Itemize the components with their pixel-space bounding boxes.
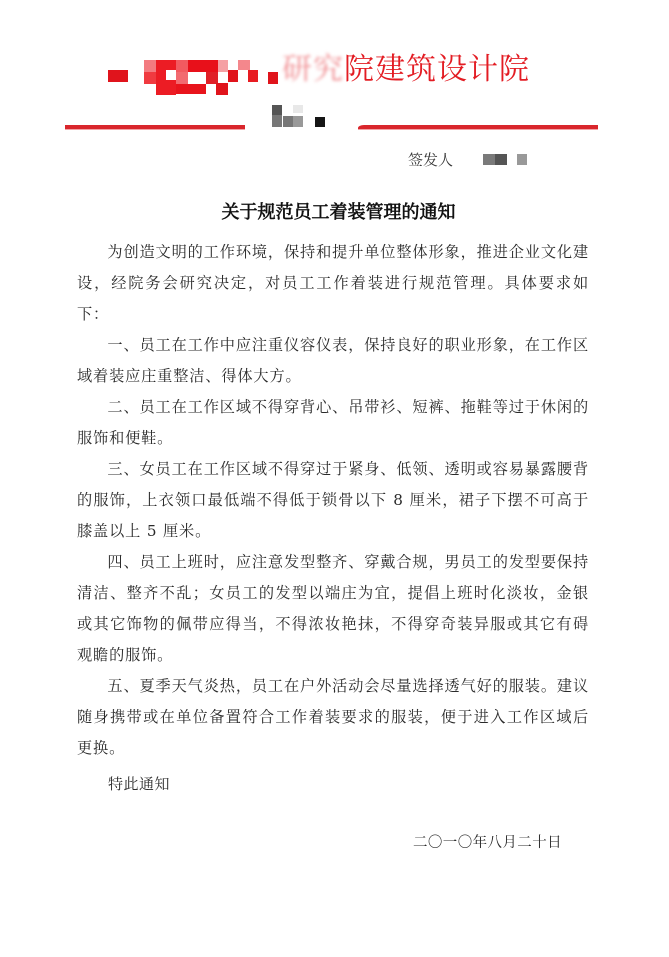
clause-3-paragraph: 三、女员工在工作区域不得穿过于紧身、低领、透明或容易暴露腰背的服饰，上衣领口最低… [77, 454, 589, 547]
redacted-signer-name-mosaic [483, 154, 533, 166]
clause-5-paragraph: 五、夏季天气炎热，员工在户外活动会尽量选择透气好的服装。建议随身携带或在单位备置… [77, 671, 589, 764]
document-title: 关于规范员工着装管理的通知 [0, 200, 669, 226]
clause-1-paragraph: 一、员工在工作中应注重仪容仪表，保持良好的职业形象，在工作区域着装应庄重整洁、得… [77, 330, 589, 392]
org-name-partial-prefix: 研究 [282, 52, 344, 87]
letterhead-rule-left [65, 125, 245, 129]
closing-text: 特此通知 [108, 772, 170, 796]
redacted-doc-number-mosaic [255, 105, 335, 131]
letterhead-rule-right [358, 125, 598, 129]
intro-paragraph: 为创造文明的工作环境，保持和提升单位整体形象，推进企业文化建设，经院务会研究决定… [77, 237, 589, 330]
document-date: 二〇一〇年八月二十日 [413, 831, 562, 855]
document-body: 为创造文明的工作环境，保持和提升单位整体形象，推进企业文化建设，经院务会研究决定… [77, 237, 589, 764]
signer-label: 签发人 [408, 150, 453, 170]
redacted-org-name-mosaic [108, 57, 293, 97]
clause-2-paragraph: 二、员工在工作区域不得穿背心、吊带衫、短裤、拖鞋等过于休闲的服饰和便鞋。 [77, 392, 589, 454]
org-name: 研究院建筑设计院 [282, 50, 530, 90]
org-name-suffix: 院建筑设计院 [344, 52, 530, 87]
clause-4-paragraph: 四、员工上班时，应注意发型整齐、穿戴合规，男员工的发型要保持清洁、整齐不乱；女员… [77, 547, 589, 671]
letterhead: 研究院建筑设计院 [0, 0, 669, 140]
